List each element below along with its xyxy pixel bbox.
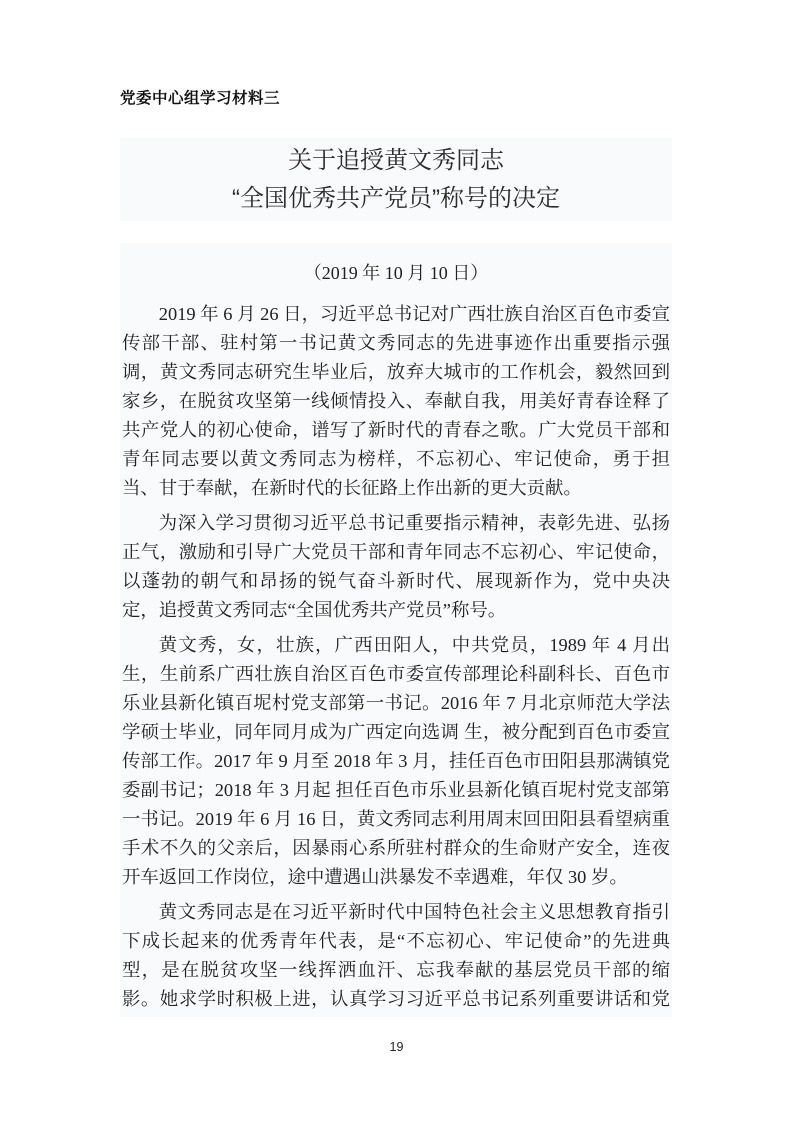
document-date-line: （2019 年 10 月 10 日）	[122, 259, 670, 288]
document-title-block: 关于追授黄文秀同志 “全国优秀共产党员”称号的决定	[120, 138, 672, 221]
document-body-block: （2019 年 10 月 10 日） 2019 年 6 月 26 日，习近平总书…	[120, 243, 672, 1017]
document-title-line-2: “全国优秀共产党员”称号的决定	[232, 184, 560, 213]
body-paragraph-2: 为深入学习贯彻习近平总书记重要指示精神，表彰先进、弘扬正气，激励和引导广大党员干…	[122, 509, 670, 625]
document-page: { "document": { "header_label": "党委中心组学习…	[0, 0, 793, 1122]
body-paragraph-3: 黄文秀，女，壮族，广西田阳人，中共党员，1989 年 4 月出生，生前系广西壮族…	[122, 631, 670, 892]
document-header-label: 党委中心组学习材料三	[120, 86, 280, 108]
document-title-line-1: 关于追授黄文秀同志	[288, 146, 504, 175]
page-number: 19	[0, 1040, 793, 1054]
body-paragraph-4: 黄文秀同志是在习近平新时代中国特色社会主义思想教育指引下成长起来的优秀青年代表，…	[122, 898, 670, 1017]
body-paragraph-1: 2019 年 6 月 26 日，习近平总书记对广西壮族自治区百色市委宣传部干部、…	[122, 300, 670, 503]
